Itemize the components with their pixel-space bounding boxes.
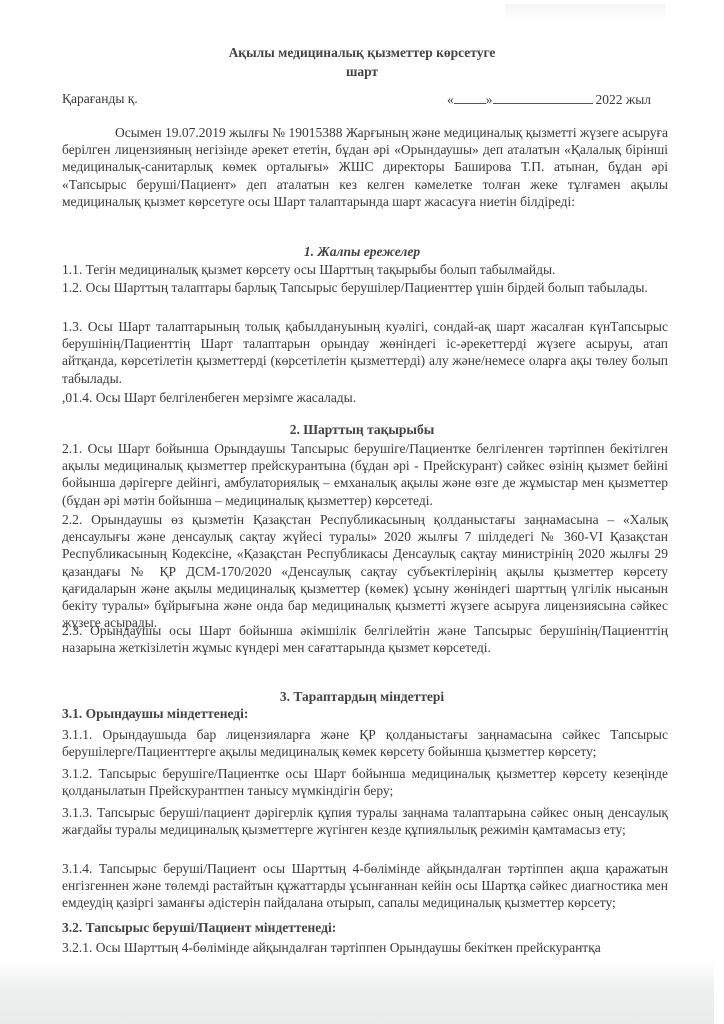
day-blank — [454, 91, 486, 104]
document-title: Ақылы медициналық қызметтер көрсетуге — [0, 45, 724, 61]
date-year: 2022 жыл — [596, 92, 652, 107]
clause-2-1: 2.1. Осы Шарт бойынша Орындаушы Тапсырыс… — [62, 440, 668, 509]
section-2-heading: 2. Шарттың тақырыбы — [0, 422, 724, 438]
section-1-heading: 1. Жалпы ережелер — [0, 244, 724, 260]
clause-3-1-1: 3.1.1. Орындаушыда бар лицензияларға жән… — [62, 726, 668, 760]
city-label: Қарағанды қ. — [62, 91, 138, 107]
clause-3-1-4: 3.1.4. Тапсырыс беруші/Пациент осы Шартт… — [62, 860, 668, 912]
clause-3-1-3: 3.1.3. Тапсырыс беруші/пациент дәрігерлі… — [62, 804, 668, 838]
clause-1-4: ,01.4. Осы Шарт белгіленбеген мерзімге ж… — [62, 389, 668, 406]
scan-artifact-top — [505, 4, 665, 22]
subsection-3-1-heading: 3.1. Орындаушы міндеттенеді: — [62, 706, 248, 722]
clause-2-3: 2.3. Орындаушы осы Шарт бойынша әкімшілі… — [62, 622, 668, 656]
clause-3-2-1: 3.2.1. Осы Шарттың 4-бөлімінде айқындалғ… — [62, 939, 668, 956]
scan-shadow-bottom — [0, 960, 714, 1024]
clause-1-1: 1.1. Тегін медициналық қызмет көрсету ос… — [62, 261, 668, 278]
subsection-3-2-heading: 3.2. Тапсырыс беруші/Пациент міндеттенед… — [62, 920, 336, 936]
clause-1-2: 1.2. Осы Шарттың талаптары барлық Тапсыр… — [62, 279, 668, 296]
document-title-line2: шарт — [0, 64, 724, 80]
date-close-quote: » — [486, 92, 493, 107]
clause-2-2: 2.2. Орындаушы өз қызметін Қазақстан Рес… — [62, 511, 668, 631]
date-line: «»2022 жыл — [447, 91, 651, 108]
date-open-quote: « — [447, 92, 454, 107]
clause-3-1-2: 3.1.2. Тапсырыс берушіге/Пациентке осы Ш… — [62, 765, 668, 799]
preamble-paragraph: Осымен 19.07.2019 жылғы № 19015388 Жарғы… — [62, 124, 668, 210]
month-blank — [493, 91, 593, 104]
clause-1-3: 1.3. Осы Шарт талаптарының толық қабылда… — [62, 318, 668, 387]
section-3-heading: 3. Тараптардың міндеттері — [0, 689, 724, 705]
